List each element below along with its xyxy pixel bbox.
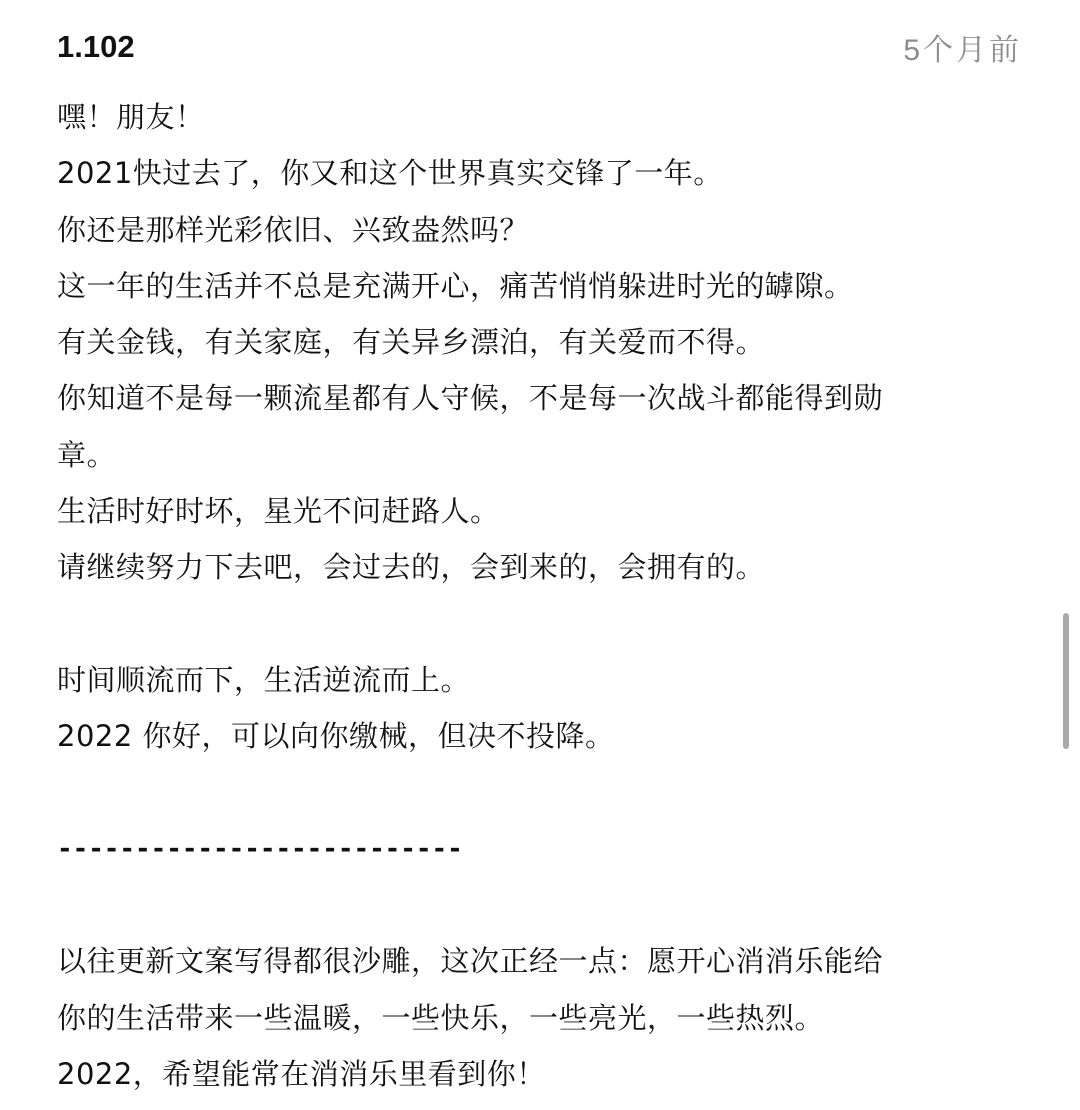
vertical-scrollbar[interactable] [1063, 613, 1069, 749]
text-line: 2022，希望能常在消消乐里看到你！ [57, 1046, 1017, 1102]
text-line: 你知道不是每一颗流星都有人守候，不是每一次战斗都能得到勋 [57, 370, 1017, 426]
blank-line [57, 877, 1017, 933]
dashed-separator: -------------------------- [57, 821, 467, 877]
blank-line [57, 765, 1017, 821]
text-line: 以往更新文案写得都很沙雕，这次正经一点：愿开心消消乐能给 [57, 933, 1017, 989]
text-line: 有关金钱，有关家庭，有关异乡漂泊，有关爱而不得。 [57, 314, 1017, 370]
text-line: 请继续努力下去吧，会过去的，会到来的，会拥有的。 [57, 539, 1017, 595]
text-line: 2022 你好，可以向你缴械，但决不投降。 [57, 708, 1017, 764]
text-line: 2021快过去了，你又和这个世界真实交锋了一年。 [57, 145, 1017, 201]
text-line: 你的生活带来一些温暖，一些快乐，一些亮光，一些热烈。 [57, 990, 1017, 1046]
version-number: 1.102 [57, 29, 135, 65]
update-header: 1.102 5个月前 [57, 22, 1022, 72]
text-line: 嘿！朋友！ [57, 89, 1017, 145]
text-line: 生活时好时坏，星光不问赶路人。 [57, 483, 1017, 539]
text-line: 你还是那样光彩依旧、兴致盎然吗？ [57, 202, 1017, 258]
release-notes-body: 嘿！朋友！ 2021快过去了，你又和这个世界真实交锋了一年。 你还是那样光彩依旧… [57, 89, 1017, 1102]
text-line: 时间顺流而下，生活逆流而上。 [57, 652, 1017, 708]
timestamp: 5个月前 [903, 25, 1022, 69]
text-line: 章。 [57, 427, 1017, 483]
text-line: 这一年的生活并不总是充满开心，痛苦悄悄躲进时光的罅隙。 [57, 258, 1017, 314]
blank-line [57, 596, 1017, 652]
